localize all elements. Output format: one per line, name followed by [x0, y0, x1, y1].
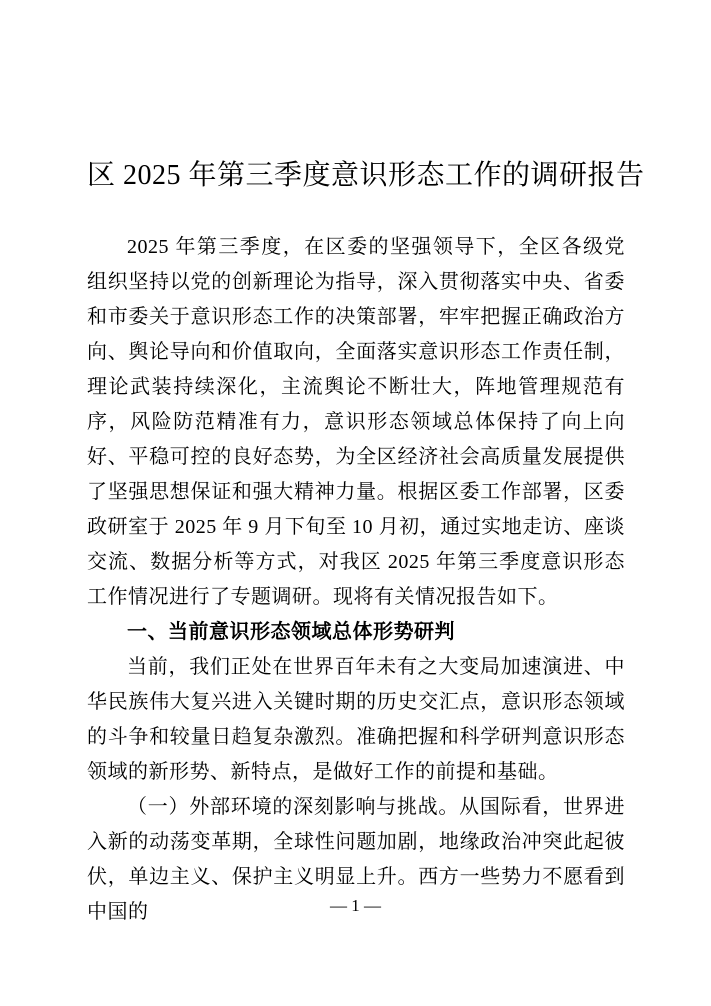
- section-heading: 一、当前意识形态领域总体形势研判: [87, 615, 625, 650]
- page-number: — 1 —: [0, 894, 711, 918]
- body-paragraph: 当前，我们正处在世界百年未有之大变局加速演进、中华民族伟大复兴进入关键时期的历史…: [87, 650, 625, 790]
- body-paragraph: 2025 年第三季度，在区委的坚强领导下，全区各级党组织坚持以党的创新理论为指导…: [87, 230, 625, 615]
- document-content: 区 2025 年第三季度意识形态工作的调研报告 2025 年第三季度，在区委的坚…: [87, 0, 625, 930]
- document-title: 区 2025 年第三季度意识形态工作的调研报告: [87, 158, 625, 194]
- document-page: 区 2025 年第三季度意识形态工作的调研报告 2025 年第三季度，在区委的坚…: [0, 0, 711, 1006]
